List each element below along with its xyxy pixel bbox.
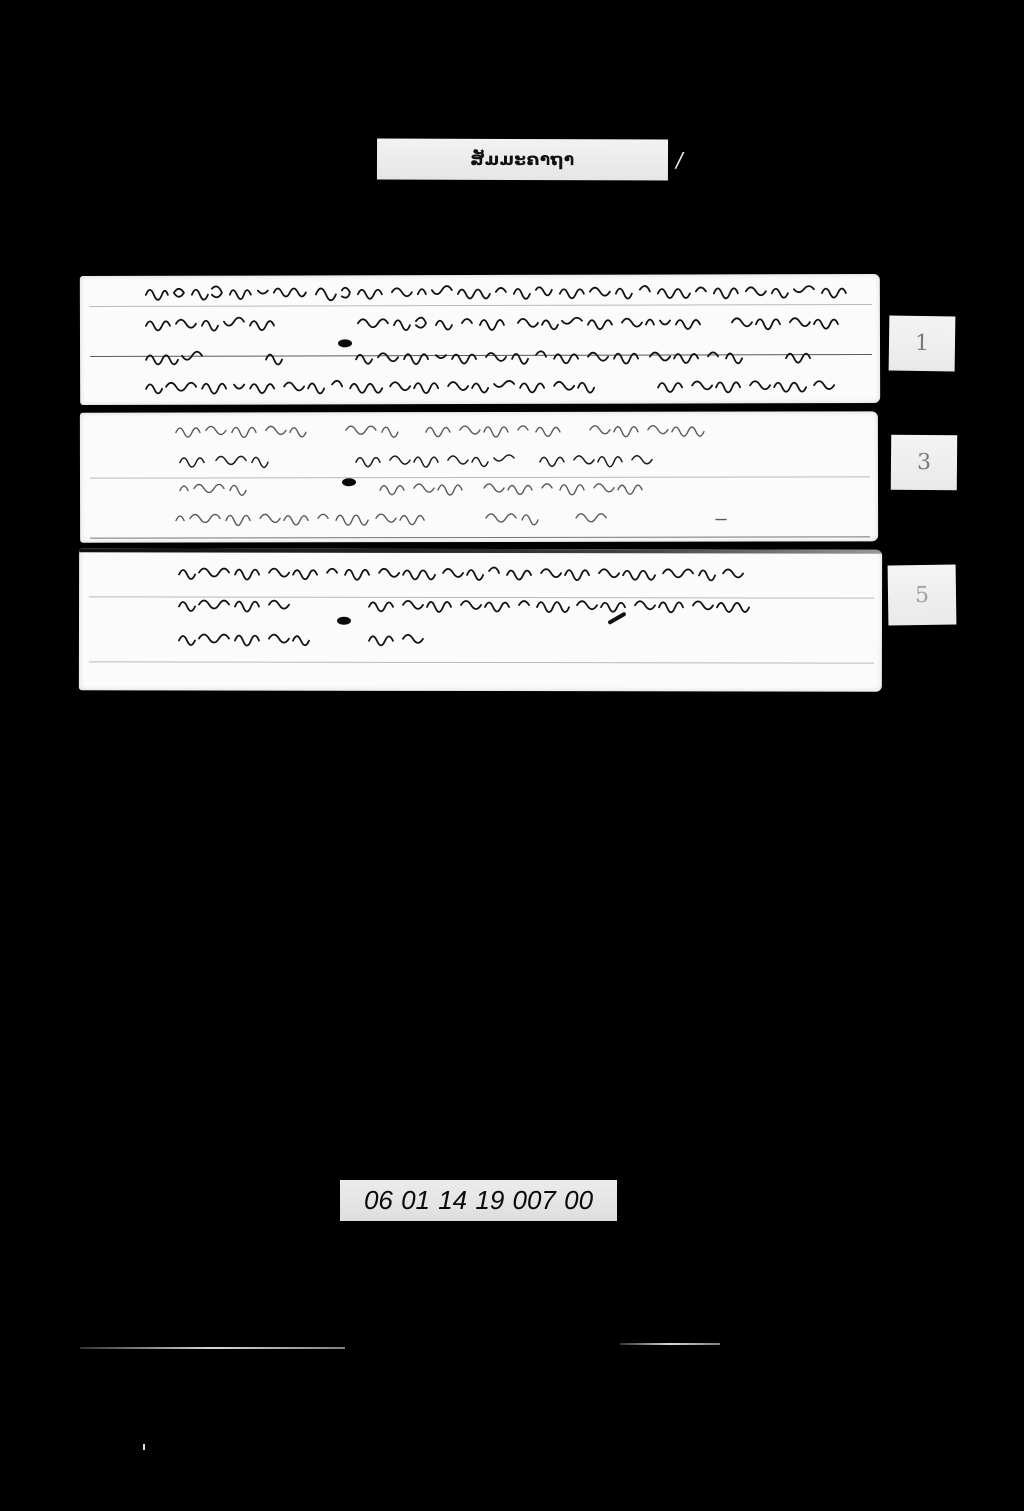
page-number: 5: [915, 582, 929, 607]
handwritten-line: [180, 475, 860, 498]
handwritten-line: [176, 417, 856, 440]
handwriting-glyphs: [146, 344, 851, 370]
string-hole: [337, 617, 351, 625]
catalog-id: 06 01 14 19 007 00: [364, 1185, 593, 1216]
ruled-line: [90, 536, 870, 538]
handwriting-glyphs: [180, 447, 860, 472]
catalog-id-label: 06 01 14 19 007 00: [340, 1180, 617, 1221]
palm-leaf-page-3: [80, 411, 878, 542]
handwriting-glyphs: [146, 310, 851, 336]
palm-leaf-page-1: [80, 274, 880, 405]
handwriting-glyphs: [146, 279, 851, 305]
title-slash-mark: /: [676, 148, 683, 172]
page-number-label: 1: [889, 316, 956, 372]
handwriting-glyphs: [176, 417, 856, 442]
handwriting-glyphs: [179, 592, 869, 617]
handwriting-glyphs: [179, 560, 869, 585]
handwritten-line: [176, 505, 856, 528]
page-number: 1: [915, 331, 929, 356]
handwritten-line: [179, 560, 869, 583]
palm-leaf-page-5: [79, 548, 882, 691]
scan-streak: [620, 1343, 720, 1345]
handwritten-line: [179, 626, 869, 649]
handwriting-glyphs: [176, 505, 856, 530]
manuscript-title-label: ສັມມະຄາຖາ: [377, 138, 668, 180]
handwriting-glyphs: [146, 373, 851, 399]
scan-speck: [143, 1444, 145, 1450]
scan-streak: [80, 1347, 345, 1349]
page-number: 3: [917, 450, 931, 475]
handwritten-line: [146, 310, 851, 334]
handwritten-line: [146, 279, 851, 303]
handwritten-line: [180, 447, 860, 470]
ruled-line: [89, 661, 874, 663]
handwritten-line: [146, 344, 851, 368]
handwriting-glyphs: [179, 626, 869, 651]
handwriting-glyphs: [180, 475, 860, 500]
leaf-edge-band: [79, 548, 882, 553]
handwritten-line: [146, 373, 851, 397]
page-number-label: 3: [891, 435, 957, 491]
page-number-label: 5: [888, 565, 957, 626]
manuscript-title: ສັມມະຄາຖາ: [470, 149, 574, 169]
handwritten-line: [179, 592, 869, 615]
